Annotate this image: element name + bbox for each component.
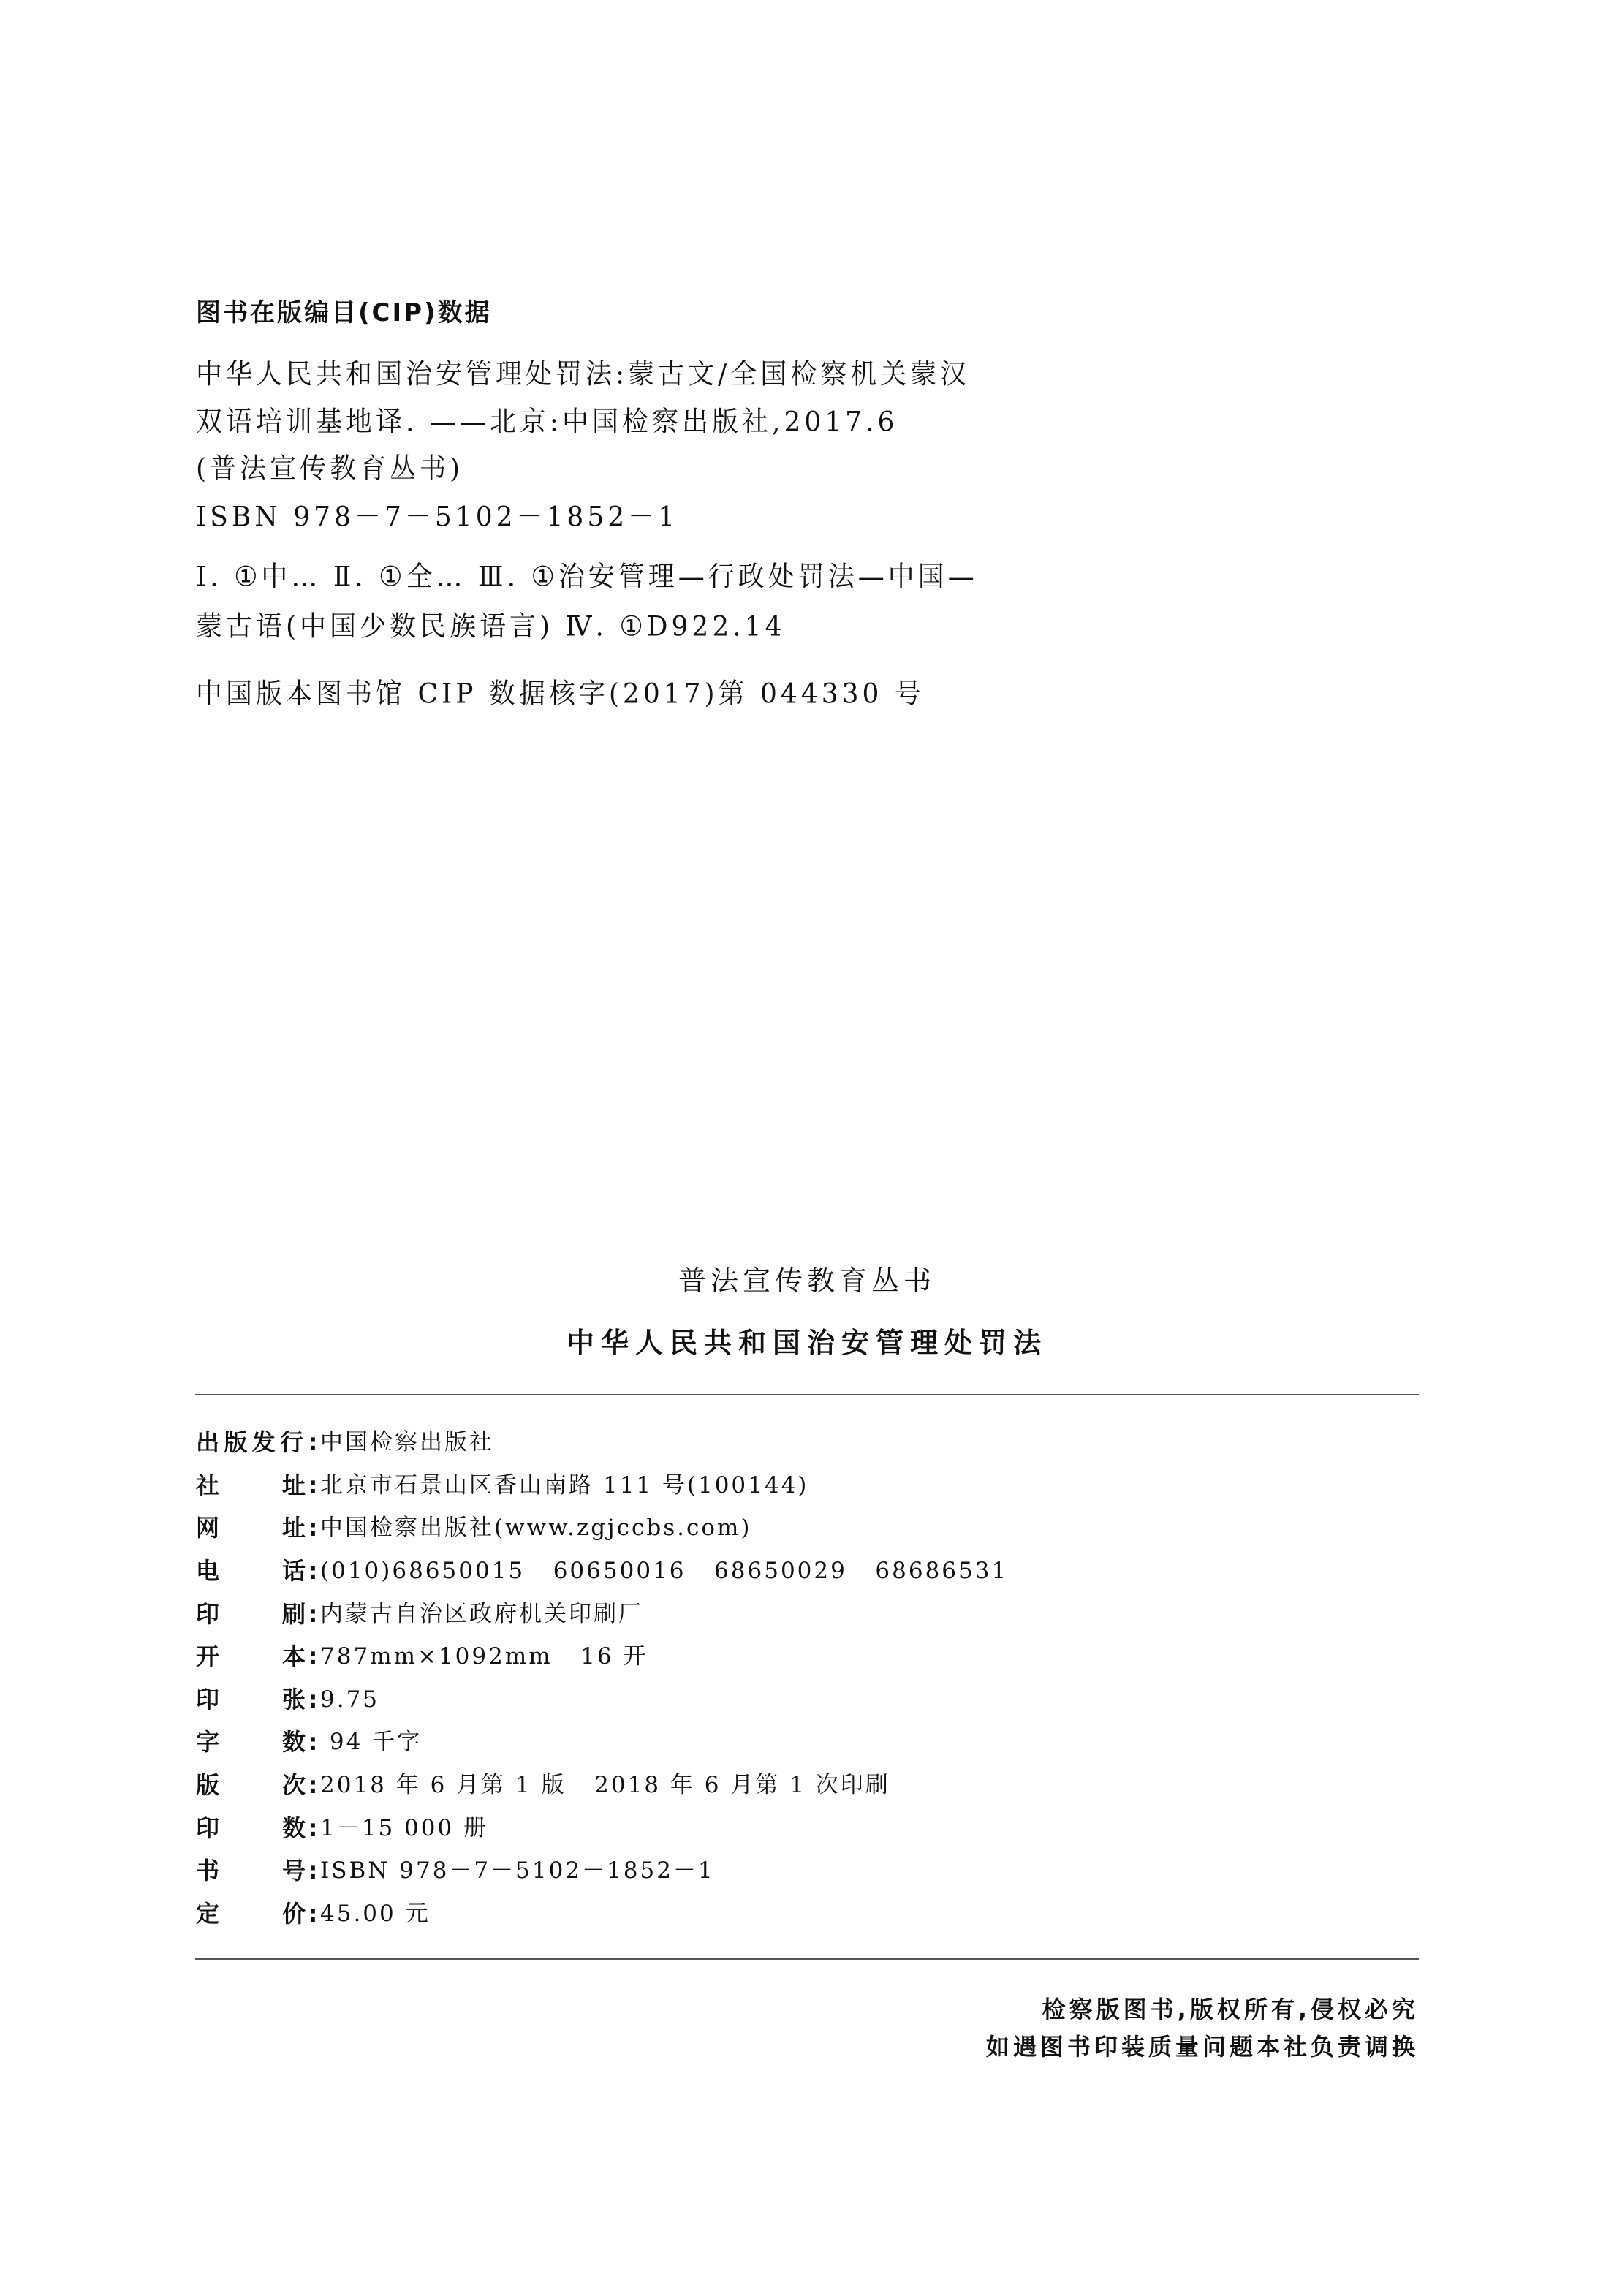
series-title: 普法宣传教育丛书: [0, 1263, 1614, 1298]
row-label: 版次: [196, 1768, 306, 1802]
row-label: 印数: [196, 1811, 306, 1845]
colophon-row-address: 社址 : 北京市石景山区香山南路 111 号(100144): [196, 1464, 1008, 1507]
row-value: 1－15 000 册: [320, 1811, 488, 1845]
row-label: 出版发行: [196, 1425, 306, 1459]
colophon-row-format: 开本 : 787mm×1092mm 16 开: [196, 1635, 1008, 1678]
cip-series-line: (普法宣传教育丛书): [196, 451, 463, 488]
book-title: 中华人民共和国治安管理处罚法: [0, 1325, 1614, 1361]
row-label: 定价: [196, 1897, 306, 1931]
cip-record-number-line: 中国版本图书馆 CIP 数据核字(2017)第 044330 号: [196, 676, 925, 713]
colophon-row-website: 网址 : 中国检察出版社(www.zgjccbs.com): [196, 1507, 1008, 1550]
row-colon: :: [306, 1425, 320, 1459]
row-label: 网址: [196, 1511, 306, 1545]
cip-title-line: 中华人民共和国治安管理处罚法:蒙古文/全国检察机关蒙汉: [196, 357, 970, 393]
row-colon: :: [306, 1554, 320, 1588]
row-value: 北京市石景山区香山南路 111 号(100144): [320, 1469, 808, 1502]
row-value: 中国检察出版社(www.zgjccbs.com): [320, 1511, 752, 1545]
cip-classification-line-2: 蒙古语(中国少数民族语言) Ⅳ. ①D922.14: [196, 609, 786, 645]
row-label: 印张: [196, 1683, 306, 1716]
row-colon: :: [306, 1640, 320, 1673]
row-colon: :: [306, 1597, 320, 1631]
row-value: 中国检察出版社: [320, 1425, 494, 1459]
row-value: 94 千字: [320, 1725, 422, 1759]
row-colon: :: [306, 1897, 320, 1931]
row-colon: :: [306, 1811, 320, 1845]
colophon-row-sheets: 印张 : 9.75: [196, 1678, 1008, 1721]
colophon-row-price: 定价 : 45.00 元: [196, 1893, 1008, 1936]
colophon-row-publisher: 出版发行 : 中国检察出版社: [196, 1421, 1008, 1464]
row-colon: :: [306, 1683, 320, 1716]
row-value: 787mm×1092mm 16 开: [320, 1640, 648, 1673]
cip-translator-publisher-line: 双语培训基地译. ——北京:中国检察出版社,2017.6: [196, 404, 898, 441]
bottom-divider: [195, 1958, 1419, 1960]
row-colon: :: [306, 1768, 320, 1802]
row-value: 内蒙古自治区政府机关印刷厂: [320, 1597, 643, 1631]
row-label: 电话: [196, 1554, 306, 1588]
row-colon: :: [306, 1511, 320, 1545]
cip-heading: 图书在版编目(CIP)数据: [196, 295, 492, 330]
replacement-notice: 如遇图书印装质量问题本社负责调换: [986, 2030, 1419, 2064]
top-divider: [195, 1394, 1419, 1395]
row-value: (010)68650015 60650016 68650029 68686531: [320, 1554, 1008, 1588]
row-value: 9.75: [320, 1683, 379, 1716]
colophon-table: 出版发行 : 中国检察出版社 社址 : 北京市石景山区香山南路 111 号(10…: [196, 1421, 1008, 1935]
copyright-notice: 检察版图书,版权所有,侵权必究: [1042, 1993, 1419, 2026]
row-colon: :: [306, 1469, 320, 1502]
colophon-row-print-run: 印数 : 1－15 000 册: [196, 1806, 1008, 1849]
row-value: 2018 年 6 月第 1 版 2018 年 6 月第 1 次印刷: [320, 1768, 890, 1802]
row-label: 书号: [196, 1854, 306, 1887]
colophon-row-edition: 版次 : 2018 年 6 月第 1 版 2018 年 6 月第 1 次印刷: [196, 1764, 1008, 1807]
colophon-row-printer: 印刷 : 内蒙古自治区政府机关印刷厂: [196, 1592, 1008, 1635]
row-value: ISBN 978－7－5102－1852－1: [320, 1854, 715, 1887]
cip-classification-line-1: Ⅰ. ①中… Ⅱ. ①全… Ⅲ. ①治安管理—行政处罚法—中国—: [196, 559, 978, 596]
colophon-row-word-count: 字数 : 94 千字: [196, 1721, 1008, 1764]
colophon-row-isbn: 书号 : ISBN 978－7－5102－1852－1: [196, 1849, 1008, 1893]
row-label: 字数: [196, 1725, 306, 1759]
row-value: 45.00 元: [320, 1897, 431, 1931]
row-label: 社址: [196, 1469, 306, 1502]
row-label: 印刷: [196, 1597, 306, 1631]
series-title-text: 普法宣传教育丛书: [678, 1263, 936, 1298]
row-colon: :: [306, 1854, 320, 1887]
colophon-row-phone: 电话 : (010)68650015 60650016 68650029 686…: [196, 1550, 1008, 1593]
row-label: 开本: [196, 1640, 306, 1673]
row-colon: :: [306, 1725, 320, 1759]
cip-isbn-line: ISBN 978－7－5102－1852－1: [196, 499, 678, 536]
